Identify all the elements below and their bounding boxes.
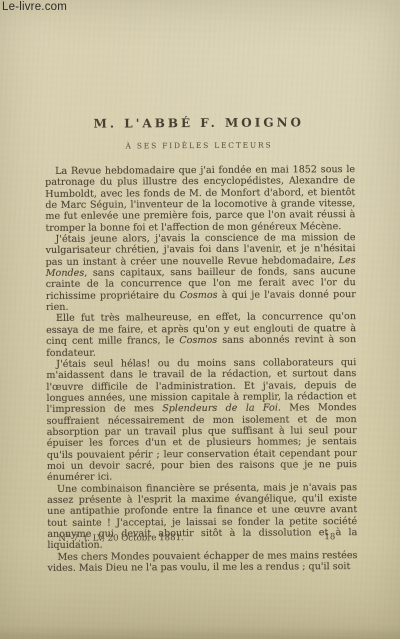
issue-line: N° 7, t. LV, 20 Octobre 1881. xyxy=(47,533,183,544)
page-content: M. L'ABBÉ F. MOIGNO À SES FIDÈLES LECTEU… xyxy=(0,0,400,639)
scanned-page: Le-livre.com M. L'ABBÉ F. MOIGNO À SES F… xyxy=(0,0,400,639)
page-footer: N° 7, t. LV, 20 Octobre 1881. 18 xyxy=(47,532,357,544)
body-paragraphs: La Revue hebdomadaire que j'ai fondée en… xyxy=(45,164,357,574)
paragraph: La Revue hebdomadaire que j'ai fondée en… xyxy=(45,164,355,234)
paragraph: Mes chers Mondes pouvaient échapper de m… xyxy=(47,550,357,575)
article-title: M. L'ABBÉ F. MOIGNO xyxy=(0,115,399,131)
paragraph: J'étais seul hélas! ou du moins sans col… xyxy=(46,357,357,484)
paragraph: J'étais jeune alors, j'avais la conscien… xyxy=(45,232,355,313)
page-number: 18 xyxy=(324,532,357,542)
paragraph: Elle fut très malheureuse, en effet, la … xyxy=(46,312,356,359)
article-subtitle: À SES FIDÈLES LECTEURS xyxy=(0,140,399,151)
